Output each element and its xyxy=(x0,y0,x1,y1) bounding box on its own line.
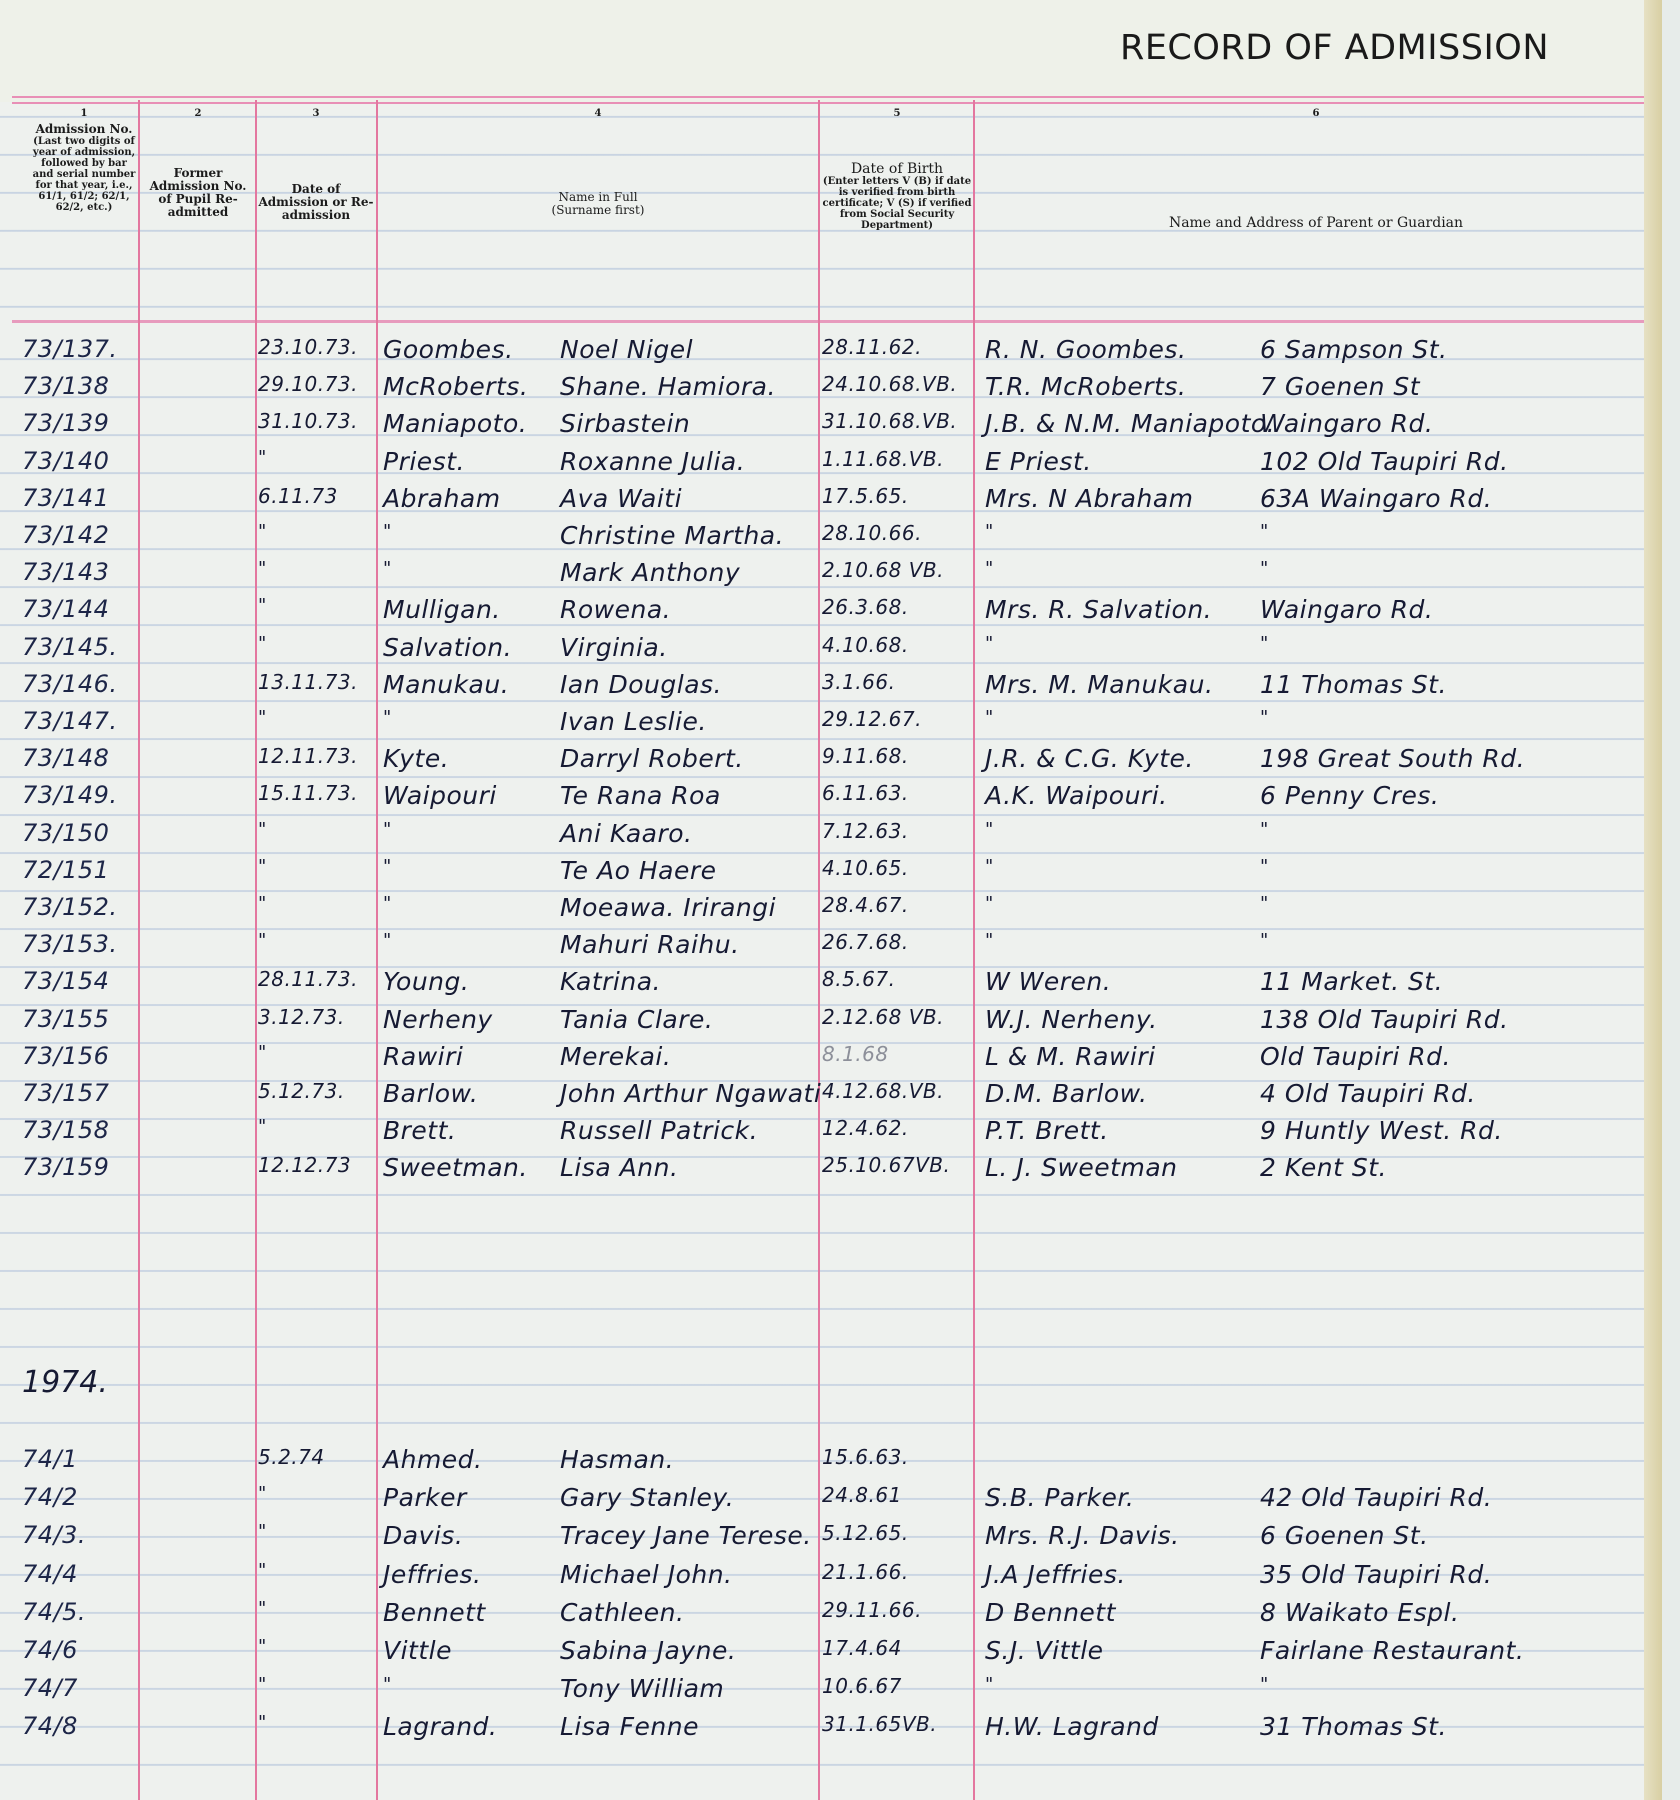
surname: " xyxy=(383,819,392,840)
date-of-birth: 2.12.68 VB. xyxy=(822,1005,944,1029)
given-names: Lisa Fenne xyxy=(560,1712,699,1741)
date-of-birth: 24.8.61 xyxy=(822,1483,902,1507)
parent-address: " xyxy=(1260,707,1269,728)
parent-name: J.R. & C.G. Kyte. xyxy=(985,744,1194,773)
admission-date: " xyxy=(258,558,267,579)
admission-number: 73/155 xyxy=(22,1005,109,1033)
parent-address: 7 Goenen St xyxy=(1260,372,1420,401)
page-edge xyxy=(1644,0,1662,1800)
surname: Salvation. xyxy=(383,633,512,662)
parent-address: 6 Penny Cres. xyxy=(1260,781,1439,810)
given-names: Sabina Jayne. xyxy=(560,1636,736,1665)
date-of-birth: 8.1.68 xyxy=(822,1042,889,1066)
parent-address: " xyxy=(1260,633,1269,654)
surname: Priest. xyxy=(383,447,465,476)
column-number: 3 xyxy=(258,108,374,119)
parent-address: 8 Waikato Espl. xyxy=(1260,1598,1459,1627)
given-names: Roxanne Julia. xyxy=(560,447,745,476)
surname: " xyxy=(383,856,392,877)
parent-address: 35 Old Taupiri Rd. xyxy=(1260,1560,1492,1589)
parent-name: W.J. Nerheny. xyxy=(985,1005,1158,1034)
parent-address: 4 Old Taupiri Rd. xyxy=(1260,1079,1476,1108)
date-of-birth: 5.12.65. xyxy=(822,1521,909,1545)
parent-address: 42 Old Taupiri Rd. xyxy=(1260,1483,1492,1512)
column-label: Former Admission No. of Pupil Re-admitte… xyxy=(142,167,254,219)
given-names: Gary Stanley. xyxy=(560,1483,734,1512)
surname: " xyxy=(383,893,392,914)
admission-number: 73/152. xyxy=(22,893,118,921)
admission-date: 28.11.73. xyxy=(258,967,358,991)
date-of-birth: 28.4.67. xyxy=(822,893,909,917)
parent-address: Fairlane Restaurant. xyxy=(1260,1636,1524,1665)
parent-address: " xyxy=(1260,819,1269,840)
column-number: 2 xyxy=(142,108,254,119)
date-of-birth: 17.5.65. xyxy=(822,484,909,508)
surname: Brett. xyxy=(383,1116,456,1145)
table-row: 73/144"Mulligan.Rowena.26.3.68.Mrs. R. S… xyxy=(0,595,1662,633)
parent-name: " xyxy=(985,1674,994,1695)
admission-number: 73/150 xyxy=(22,819,109,847)
header-bottom-rule xyxy=(12,320,1662,323)
date-of-birth: 29.11.66. xyxy=(822,1598,922,1622)
table-row: 73/13829.10.73.McRoberts.Shane. Hamiora.… xyxy=(0,372,1662,410)
given-names: Ava Waiti xyxy=(560,484,682,513)
given-names: Sirbastein xyxy=(560,409,690,438)
admission-date: " xyxy=(258,1042,267,1063)
parent-address: 31 Thomas St. xyxy=(1260,1712,1447,1741)
admission-date: " xyxy=(258,1598,267,1619)
parent-name: L & M. Rawiri xyxy=(985,1042,1156,1071)
surname: Lagrand. xyxy=(383,1712,497,1741)
admission-number: 73/158 xyxy=(22,1116,109,1144)
given-names: Rowena. xyxy=(560,595,671,624)
parent-address: 102 Old Taupiri Rd. xyxy=(1260,447,1509,476)
parent-address: 138 Old Taupiri Rd. xyxy=(1260,1005,1509,1034)
parent-name: Mrs. M. Manukau. xyxy=(985,670,1213,699)
table-row: 74/7""Tony William10.6.67"" xyxy=(0,1674,1662,1712)
admission-date: " xyxy=(258,447,267,468)
column-note: (Surname first) xyxy=(380,204,816,217)
surname: " xyxy=(383,1674,392,1695)
surname: Abraham xyxy=(383,484,501,513)
parent-name: " xyxy=(985,707,994,728)
date-of-birth: 15.6.63. xyxy=(822,1445,909,1469)
parent-name: Mrs. N Abraham xyxy=(985,484,1194,513)
date-of-birth: 2.10.68 VB. xyxy=(822,558,944,582)
table-row: 73/149.15.11.73.WaipouriTe Rana Roa6.11.… xyxy=(0,781,1662,819)
parent-name: L. J. Sweetman xyxy=(985,1153,1178,1182)
admission-number: 74/4 xyxy=(22,1560,78,1588)
admission-date: 5.2.74 xyxy=(258,1445,325,1469)
date-of-birth: 7.12.63. xyxy=(822,819,909,843)
table-row: 74/15.2.74Ahmed.Hasman.15.6.63. xyxy=(0,1445,1662,1483)
parent-name: " xyxy=(985,819,994,840)
parent-address: Waingaro Rd. xyxy=(1260,409,1433,438)
parent-name: H.W. Lagrand xyxy=(985,1712,1159,1741)
date-of-birth: 28.11.62. xyxy=(822,335,922,359)
admission-date: " xyxy=(258,1712,267,1733)
admission-date: 3.12.73. xyxy=(258,1005,345,1029)
admission-number: 73/139 xyxy=(22,409,109,437)
column-header-parent-guardian: 6 Name and Address of Parent or Guardian xyxy=(976,108,1656,230)
column-note: (Last two digits of year of admission, f… xyxy=(30,136,138,213)
table-row: 73/15912.12.73Sweetman.Lisa Ann.25.10.67… xyxy=(0,1153,1662,1191)
table-row: 73/158"Brett.Russell Patrick.12.4.62.P.T… xyxy=(0,1116,1662,1154)
surname: " xyxy=(383,558,392,579)
table-row: 73/152.""Moeawa. Irirangi28.4.67."" xyxy=(0,893,1662,931)
table-row: 74/8"Lagrand.Lisa Fenne31.1.65VB.H.W. La… xyxy=(0,1712,1662,1750)
parent-address: 63A Waingaro Rd. xyxy=(1260,484,1492,513)
date-of-birth: 28.10.66. xyxy=(822,521,922,545)
parent-address: Old Taupiri Rd. xyxy=(1260,1042,1451,1071)
parent-name: D Bennett xyxy=(985,1598,1116,1627)
column-header-former-admission: 2 Former Admission No. of Pupil Re-admit… xyxy=(142,108,254,219)
parent-name: " xyxy=(985,558,994,579)
date-of-birth: 31.1.65VB. xyxy=(822,1712,937,1736)
given-names: Lisa Ann. xyxy=(560,1153,678,1182)
admission-date: 12.12.73 xyxy=(258,1153,351,1177)
surname: Barlow. xyxy=(383,1079,478,1108)
admission-date: " xyxy=(258,1636,267,1657)
admission-number: 73/144 xyxy=(22,595,109,623)
surname: Parker xyxy=(383,1483,467,1512)
column-number: 5 xyxy=(822,108,972,119)
given-names: Shane. Hamiora. xyxy=(560,372,776,401)
surname: Jeffries. xyxy=(383,1560,481,1589)
parent-name: " xyxy=(985,856,994,877)
surname: Davis. xyxy=(383,1521,463,1550)
given-names: Russell Patrick. xyxy=(560,1116,758,1145)
table-row: 73/142""Christine Martha.28.10.66."" xyxy=(0,521,1662,559)
table-row: 73/150""Ani Kaaro.7.12.63."" xyxy=(0,819,1662,857)
admission-number: 73/141 xyxy=(22,484,109,512)
admission-date: 5.12.73. xyxy=(258,1079,345,1103)
admission-date: " xyxy=(258,1116,267,1137)
table-row: 73/1575.12.73.Barlow.John Arthur Ngawati… xyxy=(0,1079,1662,1117)
parent-address: 9 Huntly West. Rd. xyxy=(1260,1116,1503,1145)
parent-name: P.T. Brett. xyxy=(985,1116,1109,1145)
date-of-birth: 4.10.65. xyxy=(822,856,909,880)
date-of-birth: 26.3.68. xyxy=(822,595,909,619)
given-names: Darryl Robert. xyxy=(560,744,744,773)
given-names: Tony William xyxy=(560,1674,724,1703)
parent-name: W Weren. xyxy=(985,967,1111,996)
parent-name: S.J. Vittle xyxy=(985,1636,1104,1665)
admission-date: " xyxy=(258,930,267,951)
date-of-birth: 4.10.68. xyxy=(822,633,909,657)
parent-address: " xyxy=(1260,856,1269,877)
parent-name: " xyxy=(985,930,994,951)
admission-number: 73/146. xyxy=(22,670,118,698)
column-note: (Enter letters V (B) if date is verified… xyxy=(822,176,972,231)
date-of-birth: 24.10.68.VB. xyxy=(822,372,957,396)
given-names: Tracey Jane Terese. xyxy=(560,1521,812,1550)
parent-name: " xyxy=(985,633,994,654)
column-header-date-of-birth: 5 Date of Birth (Enter letters V (B) if … xyxy=(822,108,972,231)
given-names: Virginia. xyxy=(560,633,668,662)
table-row: 74/5."BennettCathleen.29.11.66.D Bennett… xyxy=(0,1598,1662,1636)
surname: " xyxy=(383,521,392,542)
date-of-birth: 25.10.67VB. xyxy=(822,1153,950,1177)
surname: Maniapoto. xyxy=(383,409,527,438)
admission-date: 23.10.73. xyxy=(258,335,358,359)
given-names: Mahuri Raihu. xyxy=(560,930,740,959)
column-header-admission-no: 1 Admission No. (Last two digits of year… xyxy=(30,108,138,213)
admission-number: 73/159 xyxy=(22,1153,109,1181)
parent-address: 198 Great South Rd. xyxy=(1260,744,1525,773)
table-row: 73/13931.10.73.Maniapoto.Sirbastein31.10… xyxy=(0,409,1662,447)
parent-name: Mrs. R. Salvation. xyxy=(985,595,1212,624)
parent-name: E Priest. xyxy=(985,447,1092,476)
admission-date: " xyxy=(258,521,267,542)
given-names: John Arthur Ngawati xyxy=(560,1079,821,1108)
surname: Waipouri xyxy=(383,781,497,810)
admission-number: 74/6 xyxy=(22,1636,78,1664)
column-number: 4 xyxy=(380,108,816,119)
date-of-birth: 17.4.64 xyxy=(822,1636,902,1660)
surname: Young. xyxy=(383,967,469,996)
surname: " xyxy=(383,707,392,728)
surname: Vittle xyxy=(383,1636,452,1665)
admission-date: " xyxy=(258,1560,267,1581)
parent-name: J.A Jeffries. xyxy=(985,1560,1126,1589)
admission-number: 73/149. xyxy=(22,781,118,809)
date-of-birth: 10.6.67 xyxy=(822,1674,902,1698)
admission-date: " xyxy=(258,1483,267,1504)
column-header-date-admission: 3 Date of Admission or Re-admission xyxy=(258,108,374,222)
given-names: Ian Douglas. xyxy=(560,670,722,699)
admission-number: 74/3. xyxy=(22,1521,86,1549)
admission-date: 15.11.73. xyxy=(258,781,358,805)
given-names: Katrina. xyxy=(560,967,661,996)
admission-number: 74/8 xyxy=(22,1712,78,1740)
date-of-birth: 6.11.63. xyxy=(822,781,909,805)
parent-address: " xyxy=(1260,521,1269,542)
table-row: 74/3."Davis.Tracey Jane Terese.5.12.65.M… xyxy=(0,1521,1662,1559)
table-row: 73/143""Mark Anthony2.10.68 VB."" xyxy=(0,558,1662,596)
admission-number: 73/157 xyxy=(22,1079,109,1107)
column-number: 1 xyxy=(30,108,138,119)
admission-number: 73/140 xyxy=(22,447,109,475)
parent-address: 11 Market. St. xyxy=(1260,967,1443,996)
parent-name: D.M. Barlow. xyxy=(985,1079,1147,1108)
parent-address: " xyxy=(1260,1674,1269,1695)
page-title: RECORD OF ADMISSION xyxy=(1120,28,1549,68)
surname: McRoberts. xyxy=(383,372,528,401)
table-row: 73/137.23.10.73.Goombes.Noel Nigel28.11.… xyxy=(0,335,1662,373)
parent-address: " xyxy=(1260,930,1269,951)
admission-number: 73/153. xyxy=(22,930,118,958)
date-of-birth: 1.11.68.VB. xyxy=(822,447,944,471)
parent-address: Waingaro Rd. xyxy=(1260,595,1433,624)
parent-name: Mrs. R.J. Davis. xyxy=(985,1521,1180,1550)
table-row: 73/1553.12.73.NerhenyTania Clare.2.12.68… xyxy=(0,1005,1662,1043)
parent-name: J.B. & N.M. Maniapoto. xyxy=(985,409,1275,438)
admission-date: " xyxy=(258,1674,267,1695)
given-names: Moeawa. Irirangi xyxy=(560,893,776,922)
given-names: Ani Kaaro. xyxy=(560,819,693,848)
column-label: Admission No. xyxy=(30,123,138,136)
admission-number: 73/143 xyxy=(22,558,109,586)
parent-name: T.R. McRoberts. xyxy=(985,372,1186,401)
admission-number: 74/5. xyxy=(22,1598,86,1626)
given-names: Te Rana Roa xyxy=(560,781,721,810)
parent-address: 6 Sampson St. xyxy=(1260,335,1448,364)
given-names: Michael John. xyxy=(560,1560,733,1589)
table-row: 74/6"VittleSabina Jayne.17.4.64S.J. Vitt… xyxy=(0,1636,1662,1674)
parent-address: " xyxy=(1260,893,1269,914)
table-row: 74/2"ParkerGary Stanley.24.8.61S.B. Park… xyxy=(0,1483,1662,1521)
given-names: Hasman. xyxy=(560,1445,674,1474)
parent-address: 11 Thomas St. xyxy=(1260,670,1447,699)
admission-number: 73/147. xyxy=(22,707,118,735)
admission-date: " xyxy=(258,1521,267,1542)
year-divider: 1974. xyxy=(22,1365,108,1400)
column-label: Date of Admission or Re-admission xyxy=(258,183,374,222)
date-of-birth: 26.7.68. xyxy=(822,930,909,954)
admission-date: 31.10.73. xyxy=(258,409,358,433)
admission-date: " xyxy=(258,856,267,877)
admission-date: 13.11.73. xyxy=(258,670,358,694)
date-of-birth: 29.12.67. xyxy=(822,707,922,731)
given-names: Te Ao Haere xyxy=(560,856,717,885)
header-top-rule xyxy=(12,96,1662,104)
admission-date: " xyxy=(258,633,267,654)
table-row: 73/146.13.11.73.Manukau.Ian Douglas.3.1.… xyxy=(0,670,1662,708)
table-row: 73/140"Priest.Roxanne Julia.1.11.68.VB.E… xyxy=(0,447,1662,485)
given-names: Ivan Leslie. xyxy=(560,707,707,736)
surname: Kyte. xyxy=(383,744,449,773)
date-of-birth: 9.11.68. xyxy=(822,744,909,768)
given-names: Tania Clare. xyxy=(560,1005,713,1034)
admission-date: " xyxy=(258,819,267,840)
admission-date: " xyxy=(258,595,267,616)
parent-address: " xyxy=(1260,558,1269,579)
surname: Manukau. xyxy=(383,670,509,699)
table-row: 72/151""Te Ao Haere4.10.65."" xyxy=(0,856,1662,894)
admission-number: 74/1 xyxy=(22,1445,78,1473)
surname: Nerheny xyxy=(383,1005,493,1034)
date-of-birth: 31.10.68.VB. xyxy=(822,409,957,433)
column-number: 6 xyxy=(976,108,1656,119)
surname: Goombes. xyxy=(383,335,514,364)
admission-date: 12.11.73. xyxy=(258,744,358,768)
table-row: 73/145."Salvation.Virginia.4.10.68."" xyxy=(0,633,1662,671)
table-row: 74/4"Jeffries.Michael John.21.1.66.J.A J… xyxy=(0,1560,1662,1598)
given-names: Merekai. xyxy=(560,1042,671,1071)
table-row: 73/156"RawiriMerekai.8.1.68L & M. Rawiri… xyxy=(0,1042,1662,1080)
admission-date: 29.10.73. xyxy=(258,372,358,396)
admission-date: " xyxy=(258,893,267,914)
date-of-birth: 4.12.68.VB. xyxy=(822,1079,944,1103)
column-header-name-full: 4 Name in Full (Surname first) xyxy=(380,108,816,217)
ledger-page: RECORD OF ADMISSION 1 Admission No. (Las… xyxy=(0,0,1662,1800)
surname: " xyxy=(383,930,392,951)
parent-name: A.K. Waipouri. xyxy=(985,781,1168,810)
table-row: 73/147.""Ivan Leslie.29.12.67."" xyxy=(0,707,1662,745)
admission-number: 74/2 xyxy=(22,1483,78,1511)
given-names: Mark Anthony xyxy=(560,558,740,587)
parent-name: R. N. Goombes. xyxy=(985,335,1186,364)
parent-name: " xyxy=(985,893,994,914)
date-of-birth: 21.1.66. xyxy=(822,1560,909,1584)
date-of-birth: 12.4.62. xyxy=(822,1116,909,1140)
date-of-birth: 3.1.66. xyxy=(822,670,895,694)
surname: Rawiri xyxy=(383,1042,463,1071)
given-names: Christine Martha. xyxy=(560,521,784,550)
table-row: 73/153.""Mahuri Raihu.26.7.68."" xyxy=(0,930,1662,968)
surname: Mulligan. xyxy=(383,595,501,624)
column-label: Name and Address of Parent or Guardian xyxy=(976,217,1656,230)
admission-number: 73/145. xyxy=(22,633,118,661)
surname: Ahmed. xyxy=(383,1445,483,1474)
table-row: 73/1416.11.73AbrahamAva Waiti17.5.65.Mrs… xyxy=(0,484,1662,522)
admission-number: 73/148 xyxy=(22,744,109,772)
given-names: Cathleen. xyxy=(560,1598,684,1627)
admission-number: 73/156 xyxy=(22,1042,109,1070)
admission-number: 73/137. xyxy=(22,335,118,363)
admission-number: 73/138 xyxy=(22,372,109,400)
surname: Sweetman. xyxy=(383,1153,528,1182)
date-of-birth: 8.5.67. xyxy=(822,967,895,991)
table-row: 73/14812.11.73.Kyte.Darryl Robert.9.11.6… xyxy=(0,744,1662,782)
admission-number: 73/154 xyxy=(22,967,109,995)
parent-address: 2 Kent St. xyxy=(1260,1153,1387,1182)
admission-date: " xyxy=(258,707,267,728)
parent-name: S.B. Parker. xyxy=(985,1483,1134,1512)
parent-address: 6 Goenen St. xyxy=(1260,1521,1429,1550)
table-row: 73/15428.11.73.Young.Katrina.8.5.67.W We… xyxy=(0,967,1662,1005)
surname: Bennett xyxy=(383,1598,486,1627)
column-label: Date of Birth xyxy=(822,163,972,176)
parent-name: " xyxy=(985,521,994,542)
given-names: Noel Nigel xyxy=(560,335,693,364)
admission-number: 72/151 xyxy=(22,856,109,884)
admission-number: 73/142 xyxy=(22,521,109,549)
admission-date: 6.11.73 xyxy=(258,484,338,508)
admission-number: 74/7 xyxy=(22,1674,78,1702)
